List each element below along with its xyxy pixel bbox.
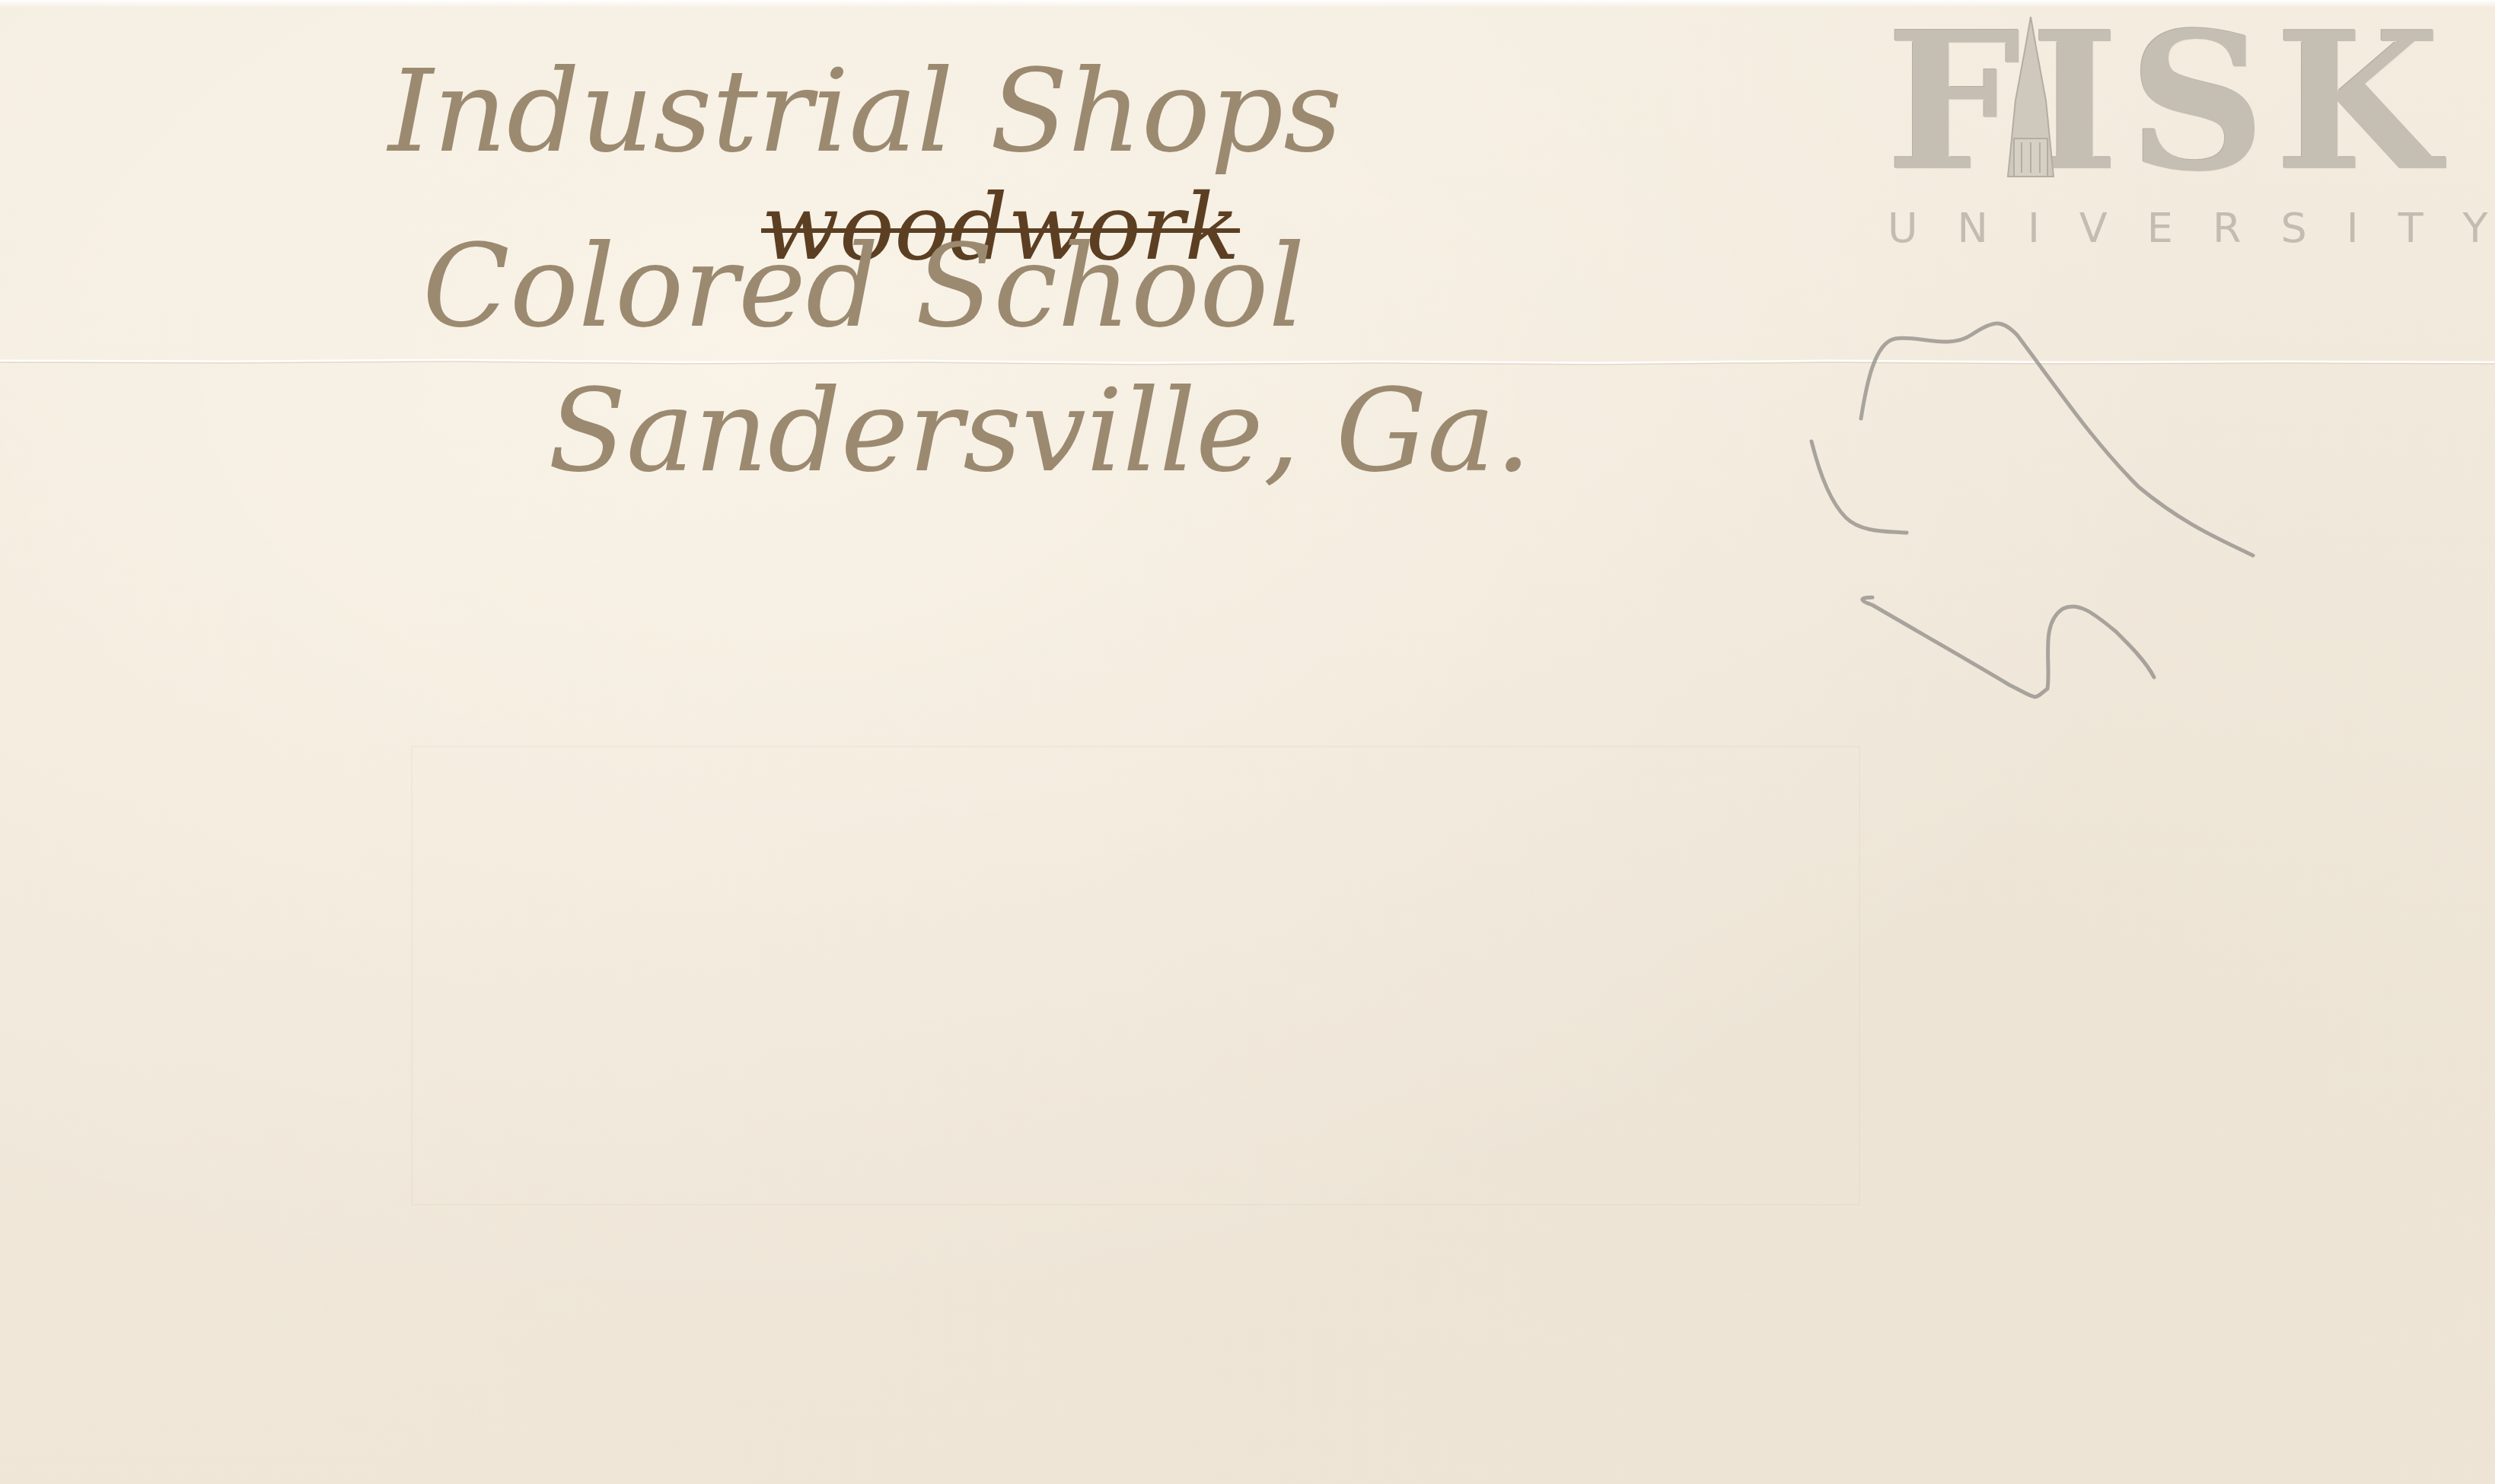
spire-icon: [2000, 17, 2061, 192]
fisk-university-watermark: FISK UNIVERSITY: [1886, 6, 2495, 250]
pencil-crop-marks: [1789, 304, 2398, 989]
handwritten-line-colored-school: Colored School: [422, 221, 1305, 353]
logo-wordmark: FISK: [1886, 6, 2449, 196]
handwritten-line-sandersville: Sandersville, Ga.: [548, 365, 1531, 498]
show-through-rectangle: [411, 746, 1860, 1205]
handwritten-line-industrial-shops: Industrial Shops: [388, 46, 1342, 178]
logo-subtitle: UNIVERSITY: [1888, 205, 2495, 251]
